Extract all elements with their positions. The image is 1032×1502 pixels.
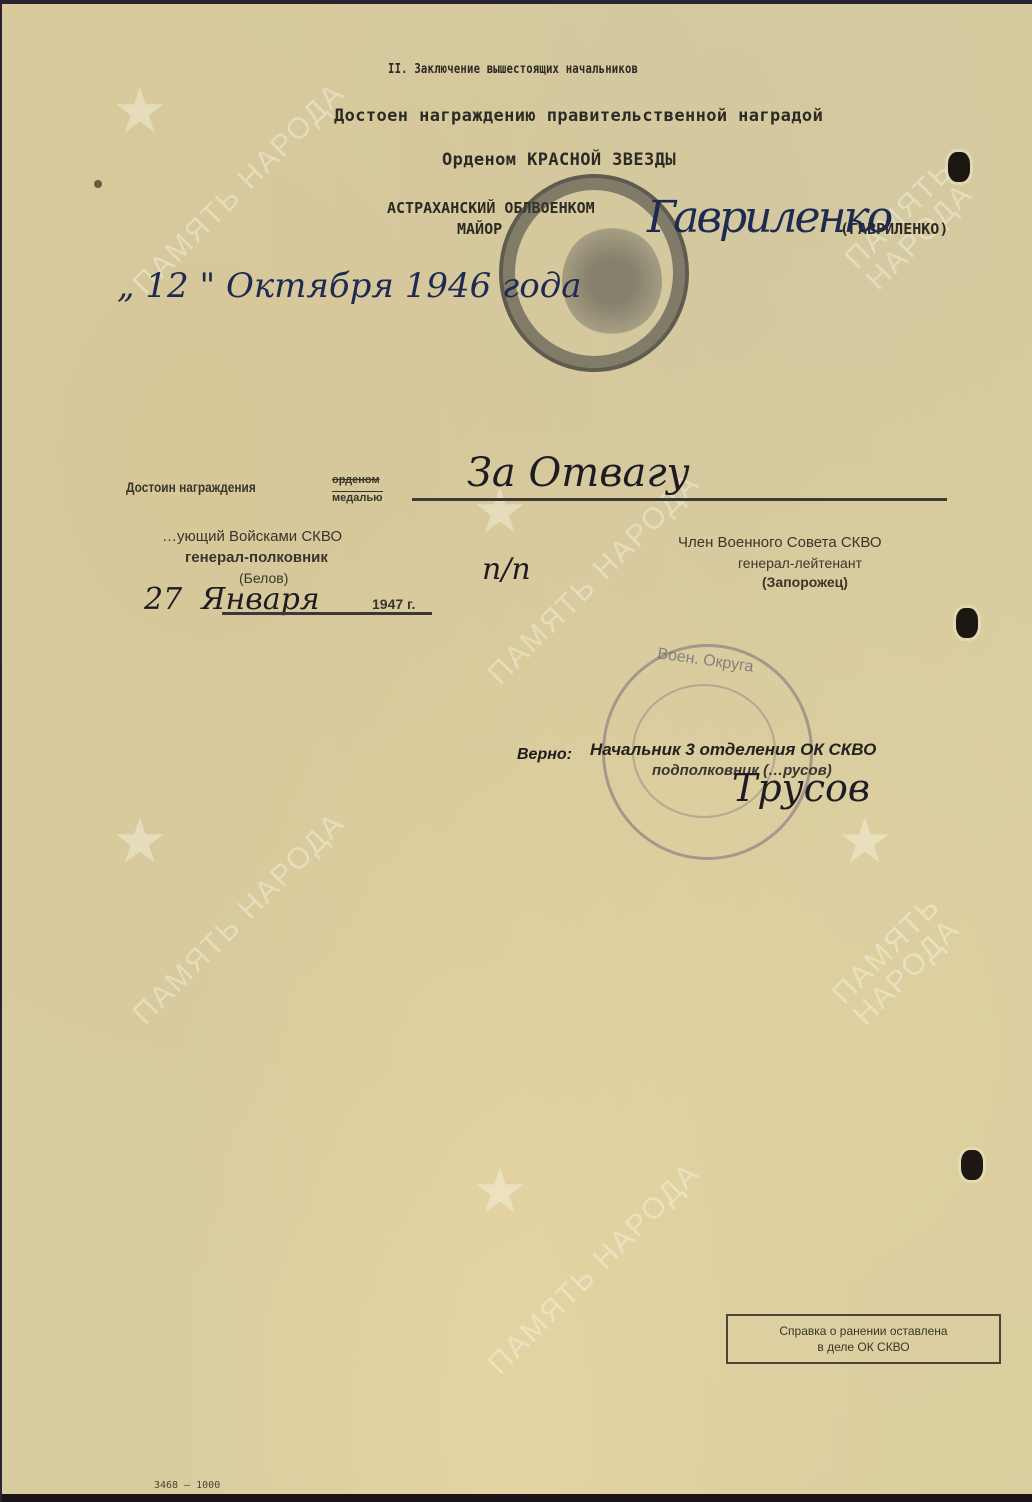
conclusion-line-2: Орденом КРАСНОЙ ЗВЕЗДЫ bbox=[442, 150, 676, 170]
wound-note-line-1: Справка о ранении оставлена bbox=[728, 1323, 999, 1339]
wound-note-line-2: в деле ОК СКВО bbox=[728, 1339, 999, 1355]
certifier-title: Начальник 3 отделения ОК СКВО bbox=[590, 740, 876, 760]
punch-hole bbox=[948, 152, 970, 182]
signature-gavrilenko: Гавриленко bbox=[647, 192, 890, 243]
section-heading: II. Заключение вышестоящих начальников bbox=[388, 62, 638, 77]
watermark-star-icon: ★ bbox=[472, 1154, 528, 1227]
watermark-star-icon: ★ bbox=[112, 74, 168, 147]
council-member-rank: генерал-лейтенант bbox=[738, 555, 862, 571]
council-member-title: Член Военного Совета СКВО bbox=[678, 534, 882, 551]
award-value: За Отвагу bbox=[467, 450, 690, 496]
watermark-star-icon: ★ bbox=[112, 804, 168, 877]
pp-mark: п/п bbox=[482, 552, 531, 587]
conclusion-line-1: Достоен награждению правительственной на… bbox=[334, 106, 823, 126]
signature-certifier: Трусов bbox=[732, 766, 870, 810]
form-code: 3468 — 1000 bbox=[154, 1480, 220, 1491]
date-year: 1947 г. bbox=[372, 596, 415, 612]
medal-word: медалью bbox=[332, 491, 383, 504]
date-underline bbox=[222, 612, 432, 615]
document-page: ★ ПАМЯТЬ НАРОДА ПАМЯТЬ НАРОДА ★ ПАМЯТЬ Н… bbox=[2, 4, 1032, 1502]
struck-order-word: орденом bbox=[332, 474, 380, 486]
handwritten-date-1: „ 12 " Октября 1946 года bbox=[117, 266, 582, 306]
ink-spot bbox=[94, 180, 102, 188]
certified-label: Верно: bbox=[517, 746, 572, 764]
council-member-name: (Запорожец) bbox=[762, 574, 848, 590]
commander-title: …ующий Войсками СКВО bbox=[162, 528, 342, 545]
award-label: Достоин награждения bbox=[126, 479, 256, 495]
wound-note-box: Справка о ранении оставлена в деле ОК СК… bbox=[726, 1314, 1001, 1364]
punch-hole bbox=[956, 608, 978, 638]
conclusion-rank: МАЙОР bbox=[457, 220, 502, 238]
watermark-star-icon: ★ bbox=[837, 804, 893, 877]
punch-hole bbox=[961, 1150, 983, 1180]
commander-rank: генерал-полковник bbox=[185, 549, 328, 566]
award-underline bbox=[412, 498, 947, 501]
